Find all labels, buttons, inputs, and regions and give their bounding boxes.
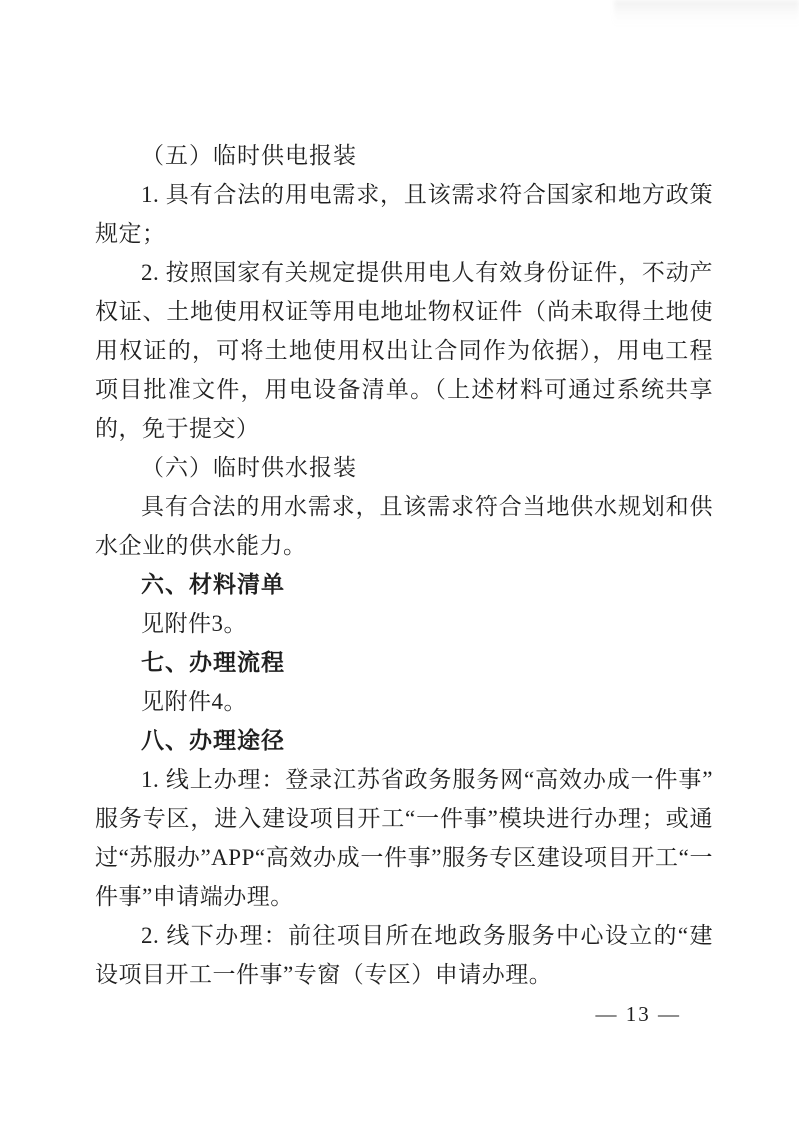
page-number: — 13 — xyxy=(0,1002,681,1027)
scan-noise-smudge xyxy=(614,0,799,26)
paragraph-power-item-2: 2. 按照国家有关规定提供用电人有效身份证件，不动产权证、土地使用权证等用电地址… xyxy=(95,253,713,448)
document-body: （五）临时供电报装 1. 具有合法的用电需求，且该需求符合国家和地方政策规定； … xyxy=(95,136,713,994)
paragraph-power-item-1: 1. 具有合法的用电需求，且该需求符合国家和地方政策规定； xyxy=(95,175,713,253)
paragraph-offline-channel: 2. 线下办理：前往项目所在地政务服务中心设立的“建设项目开工一件事”专窗（专区… xyxy=(95,916,713,994)
section-heading-channels: 八、办理途径 xyxy=(95,721,713,760)
paragraph-see-attachment-3: 见附件3。 xyxy=(95,604,713,643)
section-heading-materials: 六、材料清单 xyxy=(95,565,713,604)
subsection-heading-5: （五）临时供电报装 xyxy=(95,136,713,175)
paragraph-see-attachment-4: 见附件4。 xyxy=(95,682,713,721)
subsection-heading-6: （六）临时供水报装 xyxy=(95,448,713,487)
paragraph-online-channel: 1. 线上办理：登录江苏省政务服务网“高效办成一件事”服务专区，进入建设项目开工… xyxy=(95,760,713,916)
document-page: （五）临时供电报装 1. 具有合法的用电需求，且该需求符合国家和地方政策规定； … xyxy=(0,0,799,1130)
paragraph-water-requirement: 具有合法的用水需求，且该需求符合当地供水规划和供水企业的供水能力。 xyxy=(95,487,713,565)
section-heading-process: 七、办理流程 xyxy=(95,643,713,682)
